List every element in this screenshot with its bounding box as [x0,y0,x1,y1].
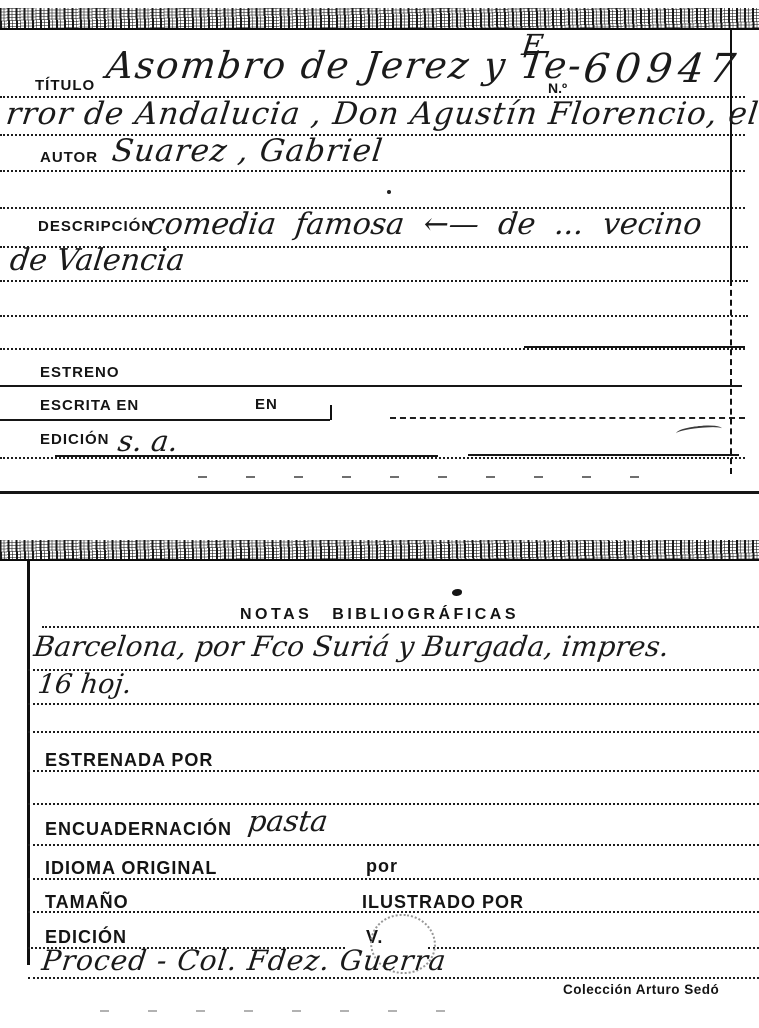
pen-tick-mark [330,405,332,420]
ruled-line [0,348,745,350]
notas-handwritten-line2: 16 hoj. [36,669,133,700]
idioma-original-label: IDIOMA ORIGINAL [45,858,217,879]
torn-scan-edge-top [0,8,759,30]
titulo-handwritten-line1: Asombro de Jerez y Te- [104,44,586,87]
ruled-line [0,170,745,172]
procedencia-handwritten: Proced - Col. Fdez. Guerra [40,944,449,977]
ruled-line [28,844,759,846]
tamano-label: TAMAÑO [45,892,129,913]
descripcion-label: DESCRIPCIÓN [38,218,153,235]
ink-dot [387,190,391,194]
descripcion-handwritten-line2: de Valencia [8,243,187,278]
ruled-line [0,280,748,282]
collection-stamp: Colección Arturo Sedó [563,982,719,997]
card-right-border [730,280,732,474]
ink-blot [452,589,462,596]
card-left-border [27,561,30,965]
edicion-handwritten: s. a. [116,424,180,458]
ruled-line [28,977,759,979]
ruled-line [0,315,748,317]
estreno-label: ESTRENO [40,364,120,381]
ilustrado-por-label: ILUSTRADO POR [362,892,524,913]
escrita-en-label: ESCRITA EN [40,397,139,414]
stray-dash-marks [100,1010,480,1012]
stray-pen-stroke [676,424,723,439]
titulo-handwritten-line2: rror de Andalucia , Don Agustín Florenci… [4,96,759,132]
ruled-line [28,803,759,805]
por-label: por [366,856,398,877]
ruled-line [28,731,759,733]
ruled-line [28,703,759,705]
ruled-line [468,454,739,456]
ruled-line [42,626,759,628]
encuadernacion-handwritten: pasta [246,804,330,838]
ruled-line [428,947,759,949]
ruled-line [390,417,745,419]
scanned-catalog-card-page: TÍTULO N.º AUTOR DESCRIPCIÓN ESTRENO ESC… [0,0,759,1028]
edicion-label: EDICIÓN [40,431,110,448]
estrenada-por-label: ESTRENADA POR [45,750,213,771]
autor-handwritten: Suarez , Gabriel [110,133,385,169]
card-separator-line [0,491,759,494]
stray-dash-marks [198,476,643,478]
notas-bibliograficas-header: NOTAS BIBLIOGRÁFICAS [240,606,519,624]
torn-scan-edge-bottom [0,540,759,561]
encuadernacion-label: ENCUADERNACIÓN [45,819,232,840]
ruled-line [0,419,330,421]
notas-handwritten-line1: Barcelona, por Fco Suriá y Burgada, impr… [32,630,671,663]
ruled-line [55,455,438,457]
ruled-line [0,385,742,387]
titulo-label: TÍTULO [35,77,95,94]
catalog-number-handwritten: 60947 [581,46,744,92]
autor-label: AUTOR [40,149,98,166]
ruled-line [0,457,745,459]
descripcion-handwritten-line1: comedia famosa ←— de ... vecino [146,207,704,242]
ruled-line [524,346,745,348]
shelf-letter-annotation: E [520,28,545,62]
ruled-line [28,669,759,671]
en-label: EN [255,396,278,413]
